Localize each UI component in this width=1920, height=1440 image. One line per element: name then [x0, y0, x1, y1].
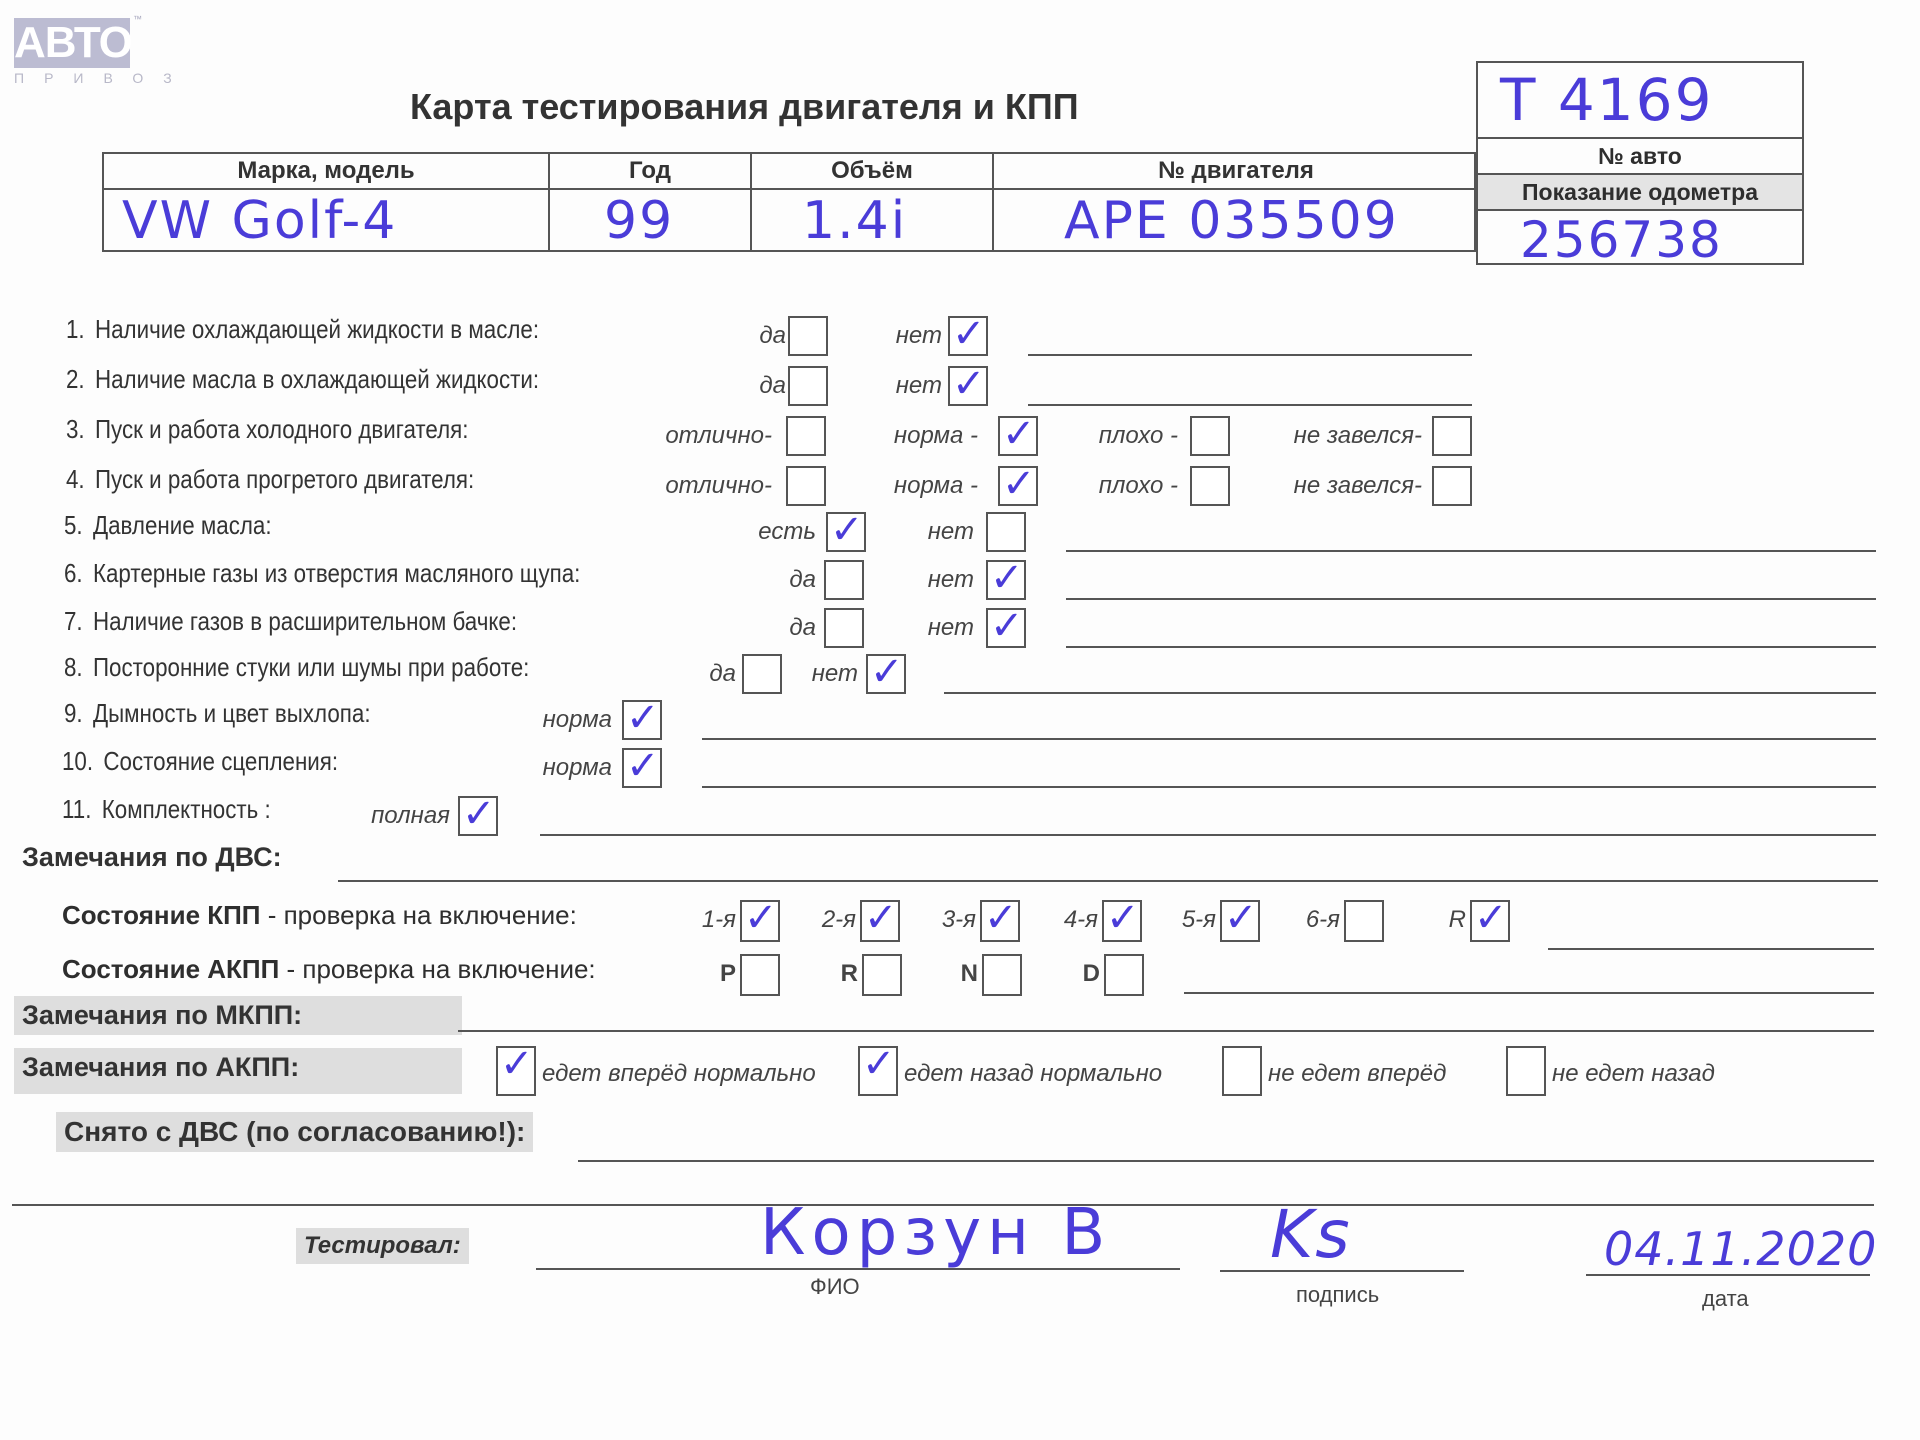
gear-label: N	[961, 960, 978, 988]
item-number: 8.	[64, 652, 83, 683]
item-notes-field[interactable]	[1066, 598, 1876, 600]
option-label: да	[789, 614, 816, 642]
item-label: Состояние сцепления:	[103, 746, 338, 776]
option-checkbox[interactable]	[786, 416, 826, 456]
check-mark-icon: ✓	[862, 1040, 896, 1088]
option-label: норма -	[894, 472, 978, 500]
auto-remark-label: едет назад нормально	[904, 1060, 1162, 1088]
option-checkbox[interactable]	[786, 466, 826, 506]
option-checkbox[interactable]	[824, 560, 864, 600]
option-checkbox[interactable]	[788, 366, 828, 406]
option-label: отлично-	[665, 472, 772, 500]
make-model-field[interactable]: VW Golf-4	[104, 190, 548, 252]
item-label: Давление масла:	[93, 510, 272, 540]
gear-label: 2-я	[822, 906, 856, 934]
signature-field[interactable]: Ks	[1270, 1196, 1352, 1273]
odometer-label: Показание одометра	[1478, 175, 1802, 211]
gear-label: 4-я	[1064, 906, 1098, 934]
manual-gear-checkbox-R[interactable]: ✓	[1470, 900, 1510, 942]
car-number-label: № авто	[1478, 139, 1802, 175]
option-checkbox[interactable]: ✓	[622, 700, 662, 740]
check-mark-icon: ✓	[984, 894, 1018, 942]
check-mark-icon: ✓	[1106, 894, 1140, 942]
option-checkbox[interactable]: ✓	[948, 316, 988, 356]
check-mark-icon: ✓	[1002, 410, 1036, 458]
manual-remarks-label: Замечания по МКПП:	[14, 996, 462, 1035]
item-number: 2.	[66, 364, 85, 395]
removed-parts-field[interactable]	[578, 1160, 1874, 1162]
manual-gear-checkbox-3-я[interactable]: ✓	[980, 900, 1020, 942]
option-checkbox[interactable]	[1432, 416, 1472, 456]
item-label: Наличие газов в расширительном бачке:	[93, 606, 517, 636]
option-checkbox[interactable]: ✓	[986, 560, 1026, 600]
checklist-item-3: 3.Пуск и работа холодного двигателя:	[66, 414, 468, 445]
manual-gearbox-title: Состояние КПП	[62, 900, 261, 930]
option-checkbox[interactable]: ✓	[948, 366, 988, 406]
car-number-odometer-box: T 4169 № авто Показание одометра 256738	[1476, 61, 1804, 265]
trademark-mark: ™	[133, 14, 142, 24]
option-checkbox[interactable]	[986, 512, 1026, 552]
option-checkbox[interactable]: ✓	[866, 654, 906, 694]
gear-label: R	[841, 960, 858, 988]
item-label: Пуск и работа прогретого двигателя:	[95, 464, 474, 494]
date-line	[1586, 1274, 1870, 1276]
check-mark-icon: ✓	[744, 894, 778, 942]
auto-remark-label: не едет вперёд	[1268, 1060, 1446, 1088]
item-notes-field[interactable]	[702, 786, 1876, 788]
check-mark-icon: ✓	[626, 694, 660, 742]
check-mark-icon: ✓	[952, 310, 986, 358]
manual-gear-checkbox-2-я[interactable]: ✓	[860, 900, 900, 942]
auto-remark-checkbox[interactable]: ✓	[858, 1046, 898, 1096]
item-number: 9.	[64, 698, 83, 729]
item-number: 6.	[64, 558, 83, 589]
auto-remark-checkbox[interactable]	[1506, 1046, 1546, 1096]
item-notes-field[interactable]	[1028, 404, 1472, 406]
gear-label: 3-я	[942, 906, 976, 934]
check-mark-icon: ✓	[830, 506, 864, 554]
year-field[interactable]: 99	[550, 190, 750, 252]
item-notes-field[interactable]	[1066, 646, 1876, 648]
item-notes-field[interactable]	[1028, 354, 1472, 356]
option-label: полная	[371, 802, 450, 830]
car-number-field[interactable]: T 4169	[1478, 63, 1802, 139]
item-label: Картерные газы из отверстия масляного щу…	[93, 558, 580, 588]
removed-parts-label: Снято с ДВС (по согласованию!):	[56, 1112, 533, 1152]
checklist-item-2: 2.Наличие масла в охлаждающей жидкости:	[66, 364, 539, 395]
checklist-item-8: 8.Посторонние стуки или шумы при работе:	[64, 652, 529, 683]
checklist-item-1: 1.Наличие охлаждающей жидкости в масле:	[66, 314, 539, 345]
option-checkbox[interactable]: ✓	[826, 512, 866, 552]
gear-label: P	[720, 960, 736, 988]
auto-remark-checkbox[interactable]	[1222, 1046, 1262, 1096]
volume-column: Объём 1.4i	[752, 154, 994, 250]
item-label: Наличие охлаждающей жидкости в масле:	[95, 314, 539, 344]
check-mark-icon: ✓	[870, 648, 904, 696]
engine-number-label: № двигателя	[994, 154, 1478, 190]
option-label: нет	[896, 322, 942, 350]
item-notes-field[interactable]	[540, 834, 1876, 836]
name-caption: ФИО	[810, 1274, 860, 1300]
option-label: да	[759, 322, 786, 350]
option-checkbox[interactable]: ✓	[998, 466, 1038, 506]
option-checkbox[interactable]	[1432, 466, 1472, 506]
volume-field[interactable]: 1.4i	[752, 190, 992, 252]
manual-gearbox-subtitle: - проверка на включение:	[261, 900, 577, 930]
make-model-label: Марка, модель	[104, 154, 548, 190]
option-checkbox[interactable]	[742, 654, 782, 694]
checklist-item-6: 6.Картерные газы из отверстия масляного …	[64, 558, 580, 589]
option-checkbox[interactable]: ✓	[986, 608, 1026, 648]
item-number: 10.	[62, 746, 93, 777]
option-label: плохо -	[1099, 422, 1178, 450]
volume-label: Объём	[752, 154, 992, 190]
option-label: норма	[543, 706, 612, 734]
item-label: Дымность и цвет выхлопа:	[93, 698, 371, 728]
gear-label: R	[1449, 906, 1466, 934]
manual-gearbox-label: Состояние КПП - проверка на включение:	[62, 900, 577, 931]
brand-logo-subtitle: ПРИВОЗ	[14, 70, 192, 86]
manual-gear-checkbox-6-я[interactable]	[1344, 900, 1384, 942]
check-mark-icon: ✓	[1002, 460, 1036, 508]
option-checkbox[interactable]: ✓	[998, 416, 1038, 456]
gear-label: D	[1083, 960, 1100, 988]
year-label: Год	[550, 154, 750, 190]
auto-remarks-label: Замечания по АКПП:	[14, 1048, 462, 1094]
auto-gearbox-notes-field[interactable]	[1184, 992, 1874, 994]
option-label: нет	[928, 566, 974, 594]
item-number: 4.	[66, 464, 85, 495]
page-title: Карта тестирования двигателя и КПП	[410, 86, 1079, 128]
item-number: 7.	[64, 606, 83, 637]
auto-gear-checkbox-R[interactable]	[862, 954, 902, 996]
item-notes-field[interactable]	[944, 692, 1876, 694]
checklist-item-5: 5.Давление масла:	[64, 510, 272, 541]
tester-name-field[interactable]: Корзун В	[760, 1196, 1111, 1270]
vehicle-info-table: Марка, модель VW Golf-4 Год 99 Объём 1.4…	[102, 152, 1476, 252]
signature-caption: подпись	[1296, 1282, 1379, 1308]
item-label: Наличие масла в охлаждающей жидкости:	[95, 364, 539, 394]
odometer-field[interactable]: 256738	[1478, 211, 1802, 269]
item-number: 1.	[66, 314, 85, 345]
option-label: не завелся-	[1294, 422, 1422, 450]
tested-by-label: Тестировал:	[296, 1228, 469, 1264]
item-notes-field[interactable]	[702, 738, 1876, 740]
auto-remark-label: едет вперёд нормально	[542, 1060, 816, 1088]
engine-remarks-label: Замечания по ДВС:	[22, 842, 282, 873]
option-label: да	[759, 372, 786, 400]
option-label: нет	[812, 660, 858, 688]
auto-gearbox-title: Состояние АКПП	[62, 954, 279, 984]
date-caption: дата	[1702, 1286, 1749, 1312]
option-checkbox[interactable]	[824, 608, 864, 648]
check-mark-icon: ✓	[626, 742, 660, 790]
item-label: Пуск и работа холодного двигателя:	[95, 414, 468, 444]
option-checkbox[interactable]: ✓	[458, 796, 498, 836]
option-label: нет	[896, 372, 942, 400]
gear-label: 5-я	[1182, 906, 1216, 934]
auto-gearbox-label: Состояние АКПП - проверка на включение:	[62, 954, 596, 985]
option-label: нет	[928, 518, 974, 546]
option-label: нет	[928, 614, 974, 642]
option-label: отлично-	[665, 422, 772, 450]
option-label: плохо -	[1099, 472, 1178, 500]
engine-number-column: № двигателя APE 035509	[994, 154, 1478, 250]
engine-remarks-field[interactable]	[338, 880, 1878, 882]
option-checkbox[interactable]	[788, 316, 828, 356]
auto-remark-checkbox[interactable]: ✓	[496, 1046, 536, 1096]
option-label: норма -	[894, 422, 978, 450]
item-label: Посторонние стуки или шумы при работе:	[93, 652, 529, 682]
manual-gearbox-notes-field[interactable]	[1548, 948, 1874, 950]
gear-label: 6-я	[1306, 906, 1340, 934]
option-label: норма	[543, 754, 612, 782]
option-label: да	[709, 660, 736, 688]
signature-line	[1220, 1270, 1464, 1272]
brand-logo: АВТО	[14, 18, 130, 68]
manual-gear-checkbox-4-я[interactable]: ✓	[1102, 900, 1142, 942]
manual-remarks-field[interactable]	[458, 1030, 1874, 1032]
option-label: не завелся-	[1294, 472, 1422, 500]
check-mark-icon: ✓	[1224, 894, 1258, 942]
manual-gear-checkbox-5-я[interactable]: ✓	[1220, 900, 1260, 942]
engine-number-field[interactable]: APE 035509	[994, 190, 1478, 252]
option-checkbox[interactable]: ✓	[622, 748, 662, 788]
checklist-item-11: 11.Комплектность :	[62, 794, 271, 825]
auto-gear-checkbox-D[interactable]	[1104, 954, 1144, 996]
item-label: Комплектность :	[102, 794, 271, 824]
checklist-item-10: 10.Состояние сцепления:	[62, 746, 338, 777]
manual-gear-checkbox-1-я[interactable]: ✓	[740, 900, 780, 942]
option-checkbox[interactable]	[1190, 466, 1230, 506]
check-mark-icon: ✓	[952, 360, 986, 408]
auto-remark-label: не едет назад	[1552, 1060, 1715, 1088]
option-label: есть	[758, 518, 816, 546]
year-column: Год 99	[550, 154, 752, 250]
checklist-item-4: 4.Пуск и работа прогретого двигателя:	[66, 464, 474, 495]
auto-gearbox-subtitle: - проверка на включение:	[279, 954, 595, 984]
option-checkbox[interactable]	[1190, 416, 1230, 456]
tester-name-line	[536, 1268, 1180, 1270]
item-number: 5.	[64, 510, 83, 541]
make-model-column: Марка, модель VW Golf-4	[104, 154, 550, 250]
check-mark-icon: ✓	[462, 790, 496, 838]
gear-label: 1-я	[702, 906, 736, 934]
item-number: 3.	[66, 414, 85, 445]
date-field[interactable]: 04.11.2020	[1604, 1222, 1877, 1276]
check-mark-icon: ✓	[990, 554, 1024, 602]
checklist-item-7: 7.Наличие газов в расширительном бачке:	[64, 606, 517, 637]
checklist-item-9: 9.Дымность и цвет выхлопа:	[64, 698, 371, 729]
auto-gear-checkbox-P[interactable]	[740, 954, 780, 996]
check-mark-icon: ✓	[864, 894, 898, 942]
auto-gear-checkbox-N[interactable]	[982, 954, 1022, 996]
option-label: да	[789, 566, 816, 594]
item-number: 11.	[62, 794, 91, 825]
check-mark-icon: ✓	[1474, 894, 1508, 942]
item-notes-field[interactable]	[1066, 550, 1876, 552]
check-mark-icon: ✓	[990, 602, 1024, 650]
check-mark-icon: ✓	[500, 1040, 534, 1088]
